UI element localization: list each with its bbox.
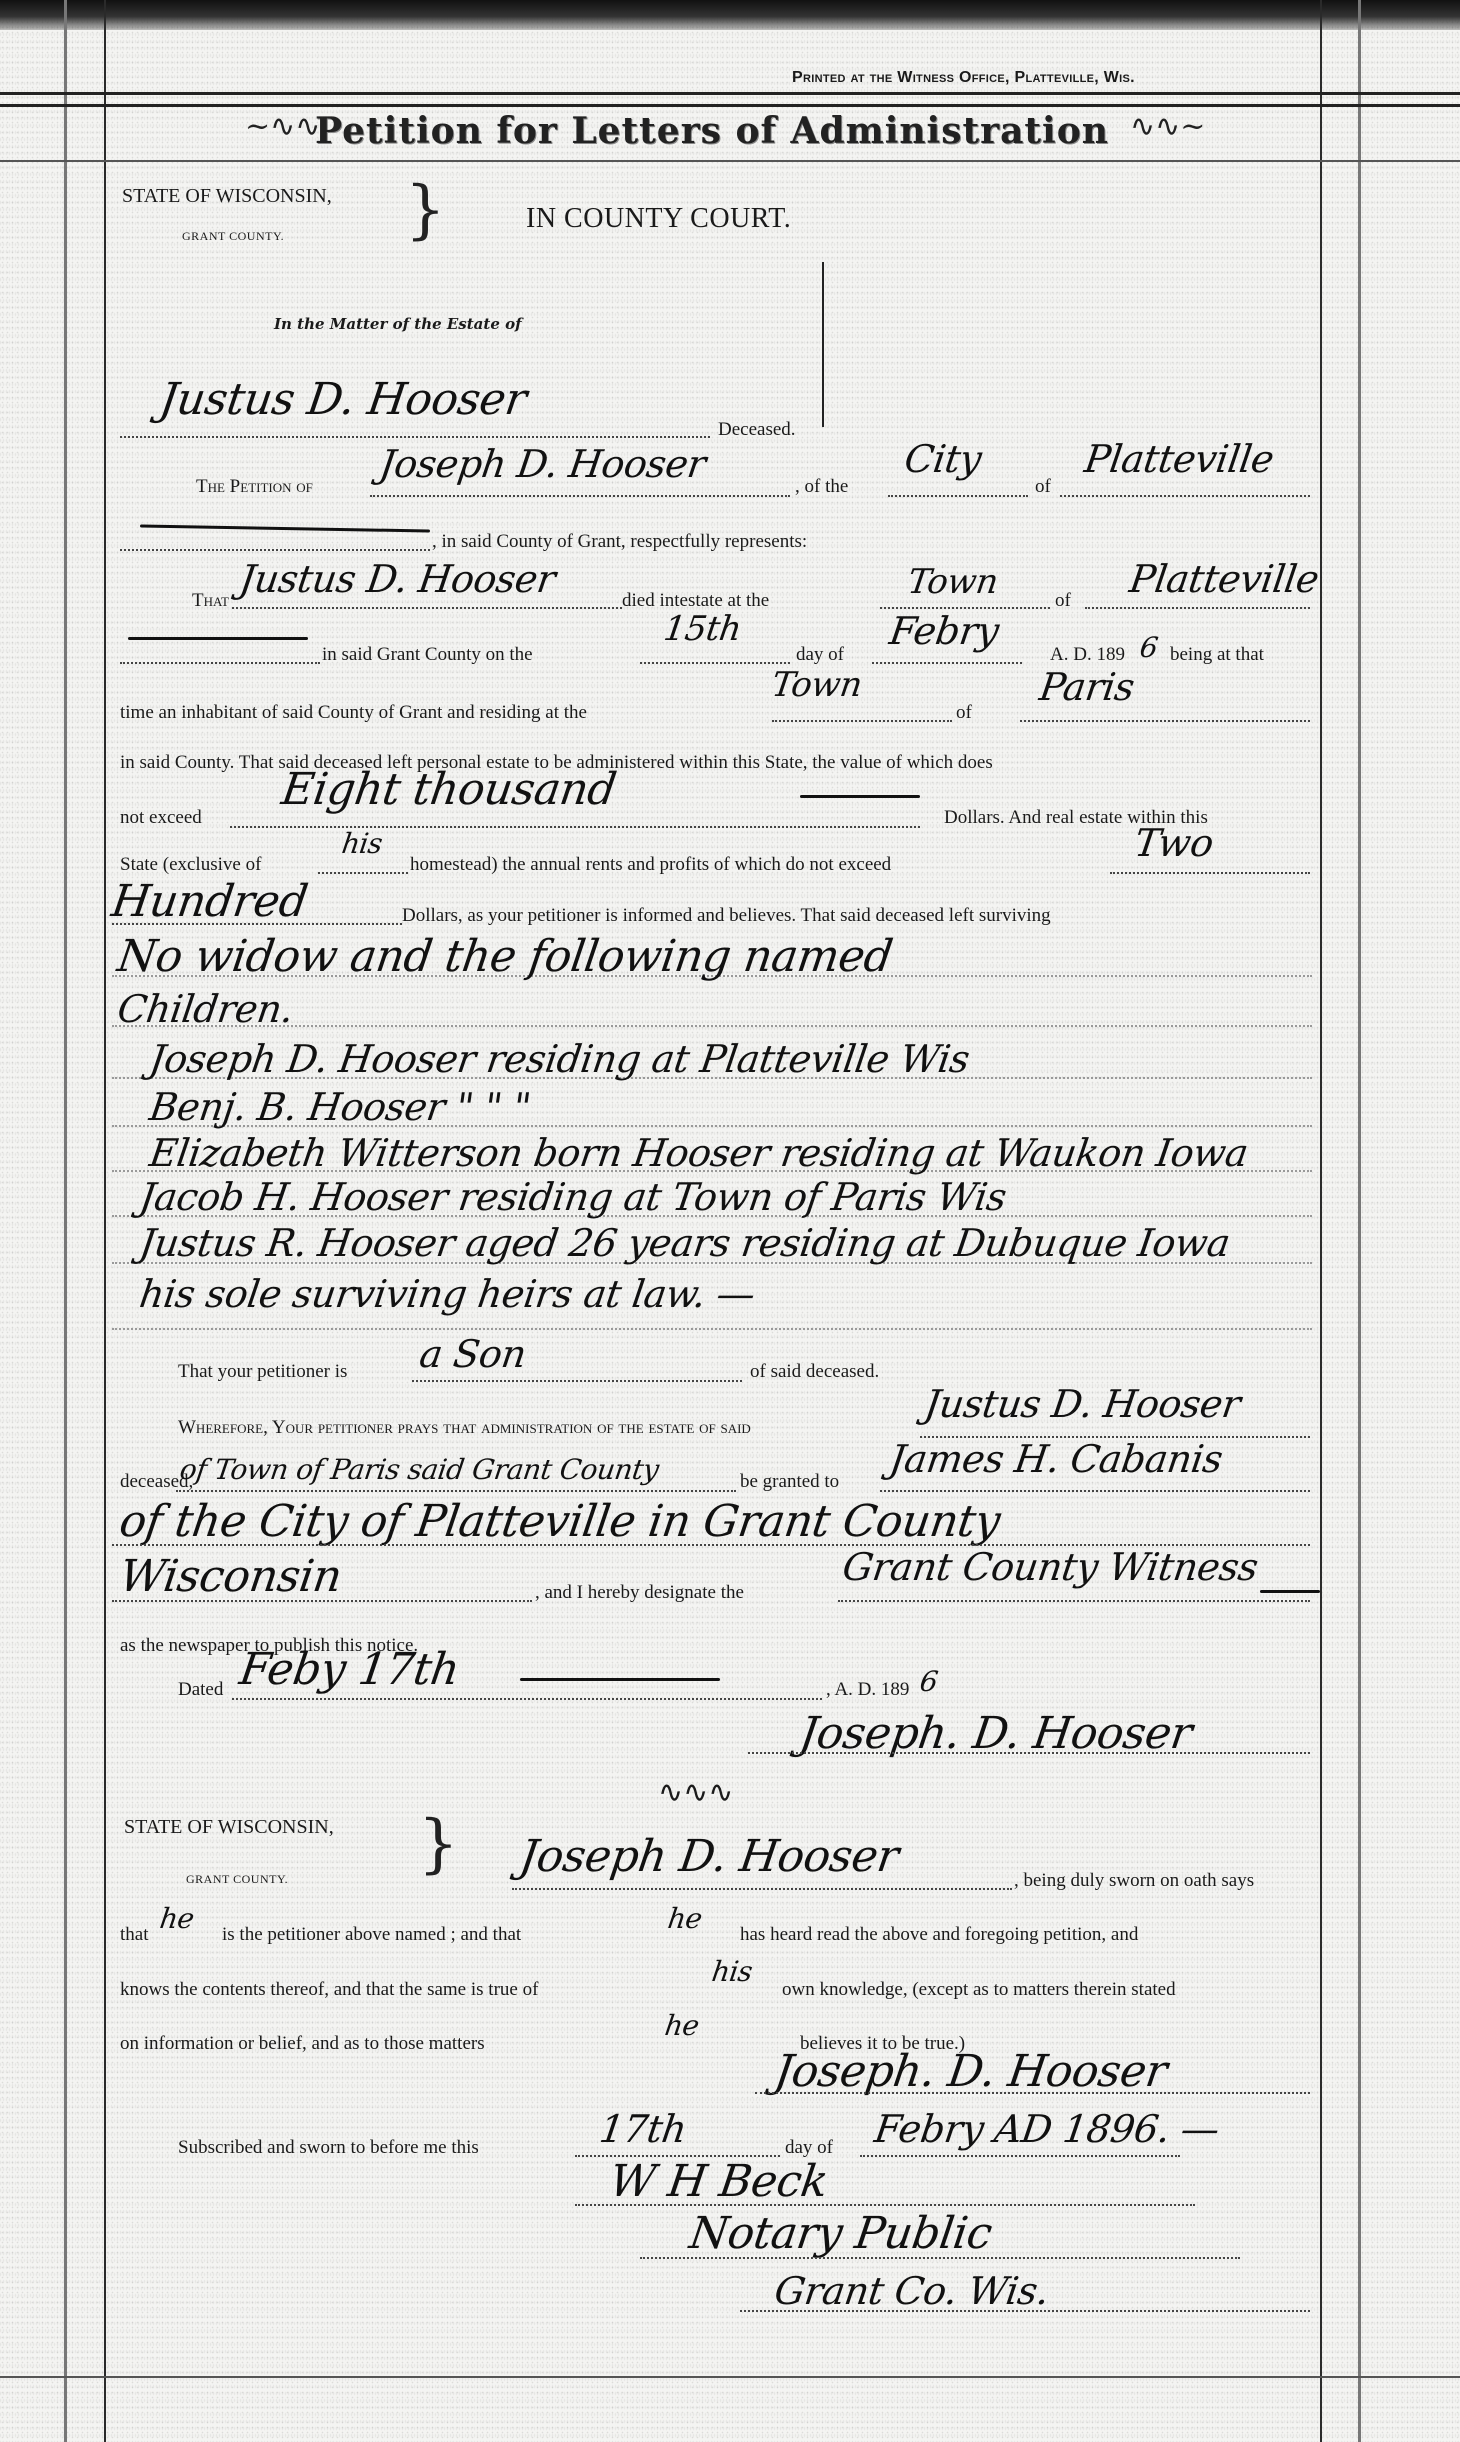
administrator-line-3: Wisconsin [117,1555,344,1599]
petitioner-signature-line [748,1752,1310,1754]
jurat-day: 17th [597,2110,688,2148]
exclusive-line [318,872,408,874]
survivor-entry: Jacob H. Hooser residing at Town of Pari… [137,1178,1008,1216]
matter-heading: In the Matter of the Estate of [274,317,522,332]
municipality-type-line [888,495,1028,497]
oath-line1-mid: is the petitioner above named ; and that [222,1925,521,1944]
printer-credit: Printed at the Witness Office, Plattevil… [792,70,1135,86]
dated-value: Feby 17th [237,1648,462,1692]
dated-year-digit: 6 [918,1668,939,1696]
rents-line-2 [112,923,402,925]
petition-prefix: The Petition of [196,477,313,496]
residence-line [1020,720,1310,722]
wherefore-deceased-of: of Town of Paris said Grant County [178,1456,660,1484]
notary-title: Notary Public [687,2212,994,2256]
ad-label: A. D. 189 [1050,645,1125,664]
place-name-line [1085,607,1310,609]
county-on-label: in said Grant County on the [322,645,533,664]
title-rule-bottom [0,160,1460,162]
jurat-month-line [860,2155,1180,2157]
place-name: Platteville [1127,560,1321,598]
survivor-entry: Justus R. Hooser aged 26 years residing … [137,1224,1232,1262]
blank-line-2 [120,662,320,664]
header-rule-top [0,92,1460,95]
venue-state: STATE OF WISCONSIN, [122,186,332,206]
rents-value-1: Two [1132,824,1215,862]
dated-label: Dated [178,1680,223,1699]
ruled-line [112,1025,1312,1027]
oath-pronoun-3: his [710,1958,754,1986]
oath-county: GRANT COUNTY. [186,1873,288,1885]
residence-type-line [772,720,952,722]
oath-state: STATE OF WISCONSIN, [124,1817,334,1837]
caption-divider [822,262,824,427]
survivor-entry: Benj. B. Hooser " " " [147,1088,532,1126]
administrator-line-2: of the City of Platteville in Grant Coun… [117,1500,1003,1544]
survivor-entry: Elizabeth Witterson born Hooser residing… [147,1134,1250,1172]
left-inner-rule [104,0,106,2442]
jurat-day-of-label: day of [785,2138,833,2157]
exclusive-label: State (exclusive of [120,855,261,874]
title-text: Petition for Letters of Administration [315,113,1109,149]
oath-line2-end: own knowledge, (except as to matters the… [782,1980,1176,1999]
deceased-name-line [120,436,710,438]
flourish-divider-icon: ∿∿∿ [658,1778,733,1808]
header-rule-second [0,104,1460,107]
dated-line [232,1698,822,1700]
venue-county: GRANT COUNTY. [182,230,284,242]
municipality-line [1060,495,1310,497]
wherefore-label: Wherefore, Your petitioner prays that ad… [178,1418,751,1437]
notary-name-line [575,2204,1195,2206]
of-the-label: , of the [795,477,848,496]
affiant-line [512,1888,1012,1890]
notary-title-line [640,2257,1240,2259]
administrator-name: James H. Cabanis [887,1440,1224,1478]
survivors-closing: his sole surviving heirs at law. — [137,1275,757,1313]
being-label: being at that [1170,645,1264,664]
place-type: Town [906,565,1000,599]
notary-jurisdiction: Grant Co. Wis. [772,2272,1051,2310]
wherefore-name: Justus D. Hooser [922,1385,1242,1423]
oath-pronoun-4: he [663,2012,701,2040]
death-day-line [640,662,790,664]
survivors-line: Children. [115,990,295,1028]
not-exceed-label: not exceed [120,808,202,827]
death-day: 15th [662,612,744,646]
sworn-label: , being duly sworn on oath says [1014,1871,1254,1890]
deceased-of-line [176,1490,736,1492]
of-label: of [1035,477,1051,496]
oath-line2-start: knows the contents thereof, and that the… [120,1980,538,1999]
petitioner-line [370,495,790,497]
oath-pronoun-1: he [158,1905,196,1933]
survivors-line: No widow and the following named [115,935,895,979]
residence-of-label: of [956,703,972,722]
admin-line-3-rule [112,1600,532,1602]
left-outer-rule [64,0,67,2442]
relation-suffix: of said deceased. [750,1362,879,1381]
municipality-type: City [902,440,983,478]
deceased-label: Deceased. [718,420,796,439]
that-label: That [192,591,229,610]
value-dash-mark [800,795,920,798]
scan-shadow-band [0,0,1460,30]
county-blank-line [120,549,430,551]
venue-brace-icon: } [405,178,446,242]
relation-label: That your petitioner is [178,1362,347,1381]
inhabitant-label: time an inhabitant of said County of Gra… [120,703,587,722]
deceased-name: Justus D. Hooser [157,378,529,422]
death-year-digit: 6 [1138,634,1159,662]
residence-type: Town [770,668,864,702]
relation-value: a Son [417,1335,528,1373]
newspaper-line [838,1600,1310,1602]
court-name: IN COUNTY COURT. [526,205,791,233]
personal-estate-value: Eight thousand [279,768,619,812]
affiant-name: Joseph D. Hooser [517,1835,901,1879]
right-inner-rule [1320,0,1322,2442]
designate-label: , and I hereby designate the [535,1583,744,1602]
affiant-signature: Joseph. D. Hooser [772,2050,1170,2094]
dated-ad-label: , A. D. 189 [826,1680,909,1699]
oath-line3-start: on information or belief, and as to thos… [120,2034,485,2053]
newspaper-name: Grant County Witness [840,1548,1260,1586]
flourish-right-icon: ∿∿~ [1130,112,1205,142]
death-month: Febry [887,612,1001,650]
oath-pronoun-2: he [666,1905,704,1933]
ruled-line [112,1328,1312,1330]
dated-squiggle-mark [520,1678,720,1681]
right-outer-rule [1358,0,1361,2442]
petitioner-name: Joseph D. Hooser [377,445,708,483]
administrator-line [880,1490,1310,1492]
place-of-label: of [1055,591,1071,610]
oath-line1-end: has heard read the above and foregoing p… [740,1925,1138,1944]
personal-value-line [230,826,920,828]
footer-rule [0,2376,1460,2378]
notary-jurisdiction-line [740,2310,1310,2312]
exclusive-value: his [340,830,384,858]
dollars-informed-label: Dollars, as your petitioner is informed … [402,906,1051,925]
municipality: Platteville [1082,440,1276,478]
county-line-text: , in said County of Grant, respectfully … [432,532,807,551]
newspaper-tail-mark [1260,1590,1320,1593]
blank-strike-mark [140,524,430,532]
flourish-left-icon: ~∿∿ [245,112,320,142]
affiant-signature-line [755,2092,1310,2094]
homestead-label: homestead) the annual rents and profits … [410,855,891,874]
oath-that-label: that [120,1925,149,1944]
relation-line [412,1380,742,1382]
jurat-month-year: Febry AD 1896. — [872,2110,1221,2148]
rents-line-1 [1110,872,1310,874]
death-name: Justus D. Hooser [237,560,557,598]
survivor-entry: Joseph D. Hooser residing at Platteville… [147,1040,971,1078]
death-name-line [232,607,622,609]
jurat-label: Subscribed and sworn to before me this [178,2138,479,2157]
granted-label: be granted to [740,1472,839,1491]
day-of-label: day of [796,645,844,664]
death-month-line [872,662,1022,664]
rents-value-2: Hundred [109,880,310,924]
petitioner-signature: Joseph. D. Hooser [797,1712,1195,1756]
blank-strike-mark-2 [128,637,308,640]
oath-brace-icon: } [418,1812,459,1876]
died-label: died intestate at the [622,591,769,610]
notary-name: W H Beck [607,2160,830,2204]
residence-name: Paris [1037,668,1136,706]
